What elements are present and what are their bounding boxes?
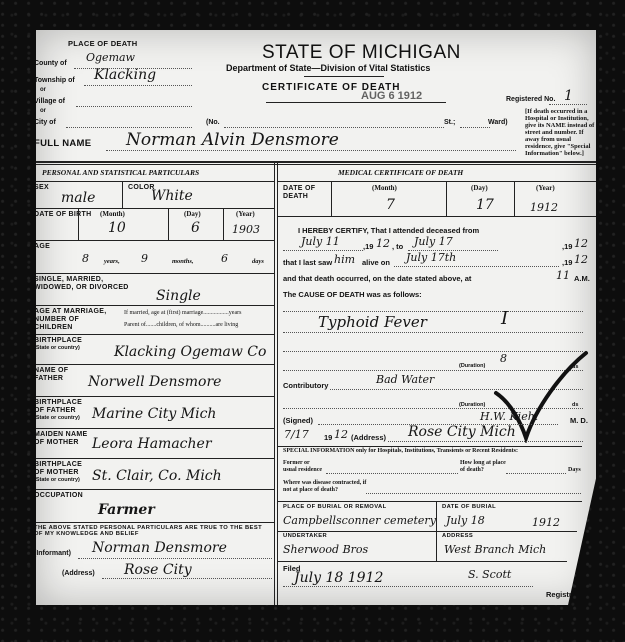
- md-label: M. D.: [570, 416, 588, 425]
- undertaker-label: UNDERTAKER: [283, 533, 327, 539]
- row-line: [277, 561, 567, 562]
- or-1: or: [40, 87, 46, 93]
- marital-value: Single: [156, 288, 201, 304]
- line: [388, 441, 583, 442]
- how-long-days-label: Days: [568, 467, 581, 473]
- physician-address-label: (Address): [351, 433, 386, 442]
- where-contracted-label: Where was disease contracted, if not at …: [283, 480, 373, 494]
- father-birthplace-sub: (State or country): [34, 415, 80, 421]
- row-line: [36, 208, 274, 209]
- last-saw-pronoun: him: [334, 253, 355, 266]
- medical-heading: MEDICAL CERTIFICATE OF DEATH: [338, 168, 463, 177]
- year-prefix-1: ,19: [363, 242, 373, 251]
- county-label: County of: [34, 60, 67, 67]
- title-rule: [304, 76, 384, 77]
- or-2: or: [40, 108, 46, 114]
- mother-birthplace-value: St. Clair, Co. Mich: [92, 468, 222, 484]
- header-divider: [36, 161, 596, 163]
- to-label: , to: [392, 242, 403, 251]
- registrar-label: Registrar: [546, 590, 579, 599]
- age-label: AGE: [34, 243, 50, 251]
- county-value: Ogemaw: [86, 51, 135, 64]
- signed-year: 12: [334, 428, 348, 441]
- row-line: [36, 334, 274, 335]
- father-name-label: NAME OF FATHER: [34, 367, 84, 383]
- row-line: [36, 428, 274, 429]
- row-line: [36, 522, 274, 523]
- signed-date: 7/17: [284, 428, 309, 441]
- cell-line: [168, 208, 169, 240]
- marriage-line-1: If married, age at (first) marriage.....…: [124, 310, 241, 316]
- header-divider-2: [36, 164, 596, 165]
- township-label: Township of: [34, 77, 75, 84]
- burial-date-year: 1912: [532, 516, 560, 529]
- cause-mark: I: [501, 308, 508, 329]
- informant-value: Norman Densmore: [92, 540, 227, 556]
- cause-label: The CAUSE OF DEATH was as follows:: [283, 290, 422, 299]
- age-months: 9: [141, 252, 148, 265]
- former-residence-label: Former or usual residence: [283, 460, 323, 474]
- occupation-value: Farmer: [98, 502, 155, 518]
- document-subtitle: Department of State—Division of Vital St…: [226, 63, 430, 73]
- place-of-death-heading: PLACE OF DEATH: [68, 40, 137, 48]
- dob-label: DATE OF BIRTH: [34, 211, 91, 219]
- cert-rule: [266, 102, 446, 103]
- registered-no-label: Registered No.: [506, 96, 555, 103]
- attended-from-year: 12: [376, 237, 390, 250]
- year-prefix-2: ,19: [562, 242, 572, 251]
- township-value: Klacking: [94, 67, 156, 83]
- birthplace-label: BIRTHPLACE: [34, 337, 82, 345]
- dod-label: DATE OF DEATH: [283, 185, 323, 201]
- months-label: months,: [172, 258, 194, 265]
- attest-text: THE ABOVE STATED PERSONAL PARTICULARS AR…: [34, 525, 269, 537]
- line: [283, 311, 583, 312]
- dod-month-label: (Month): [372, 184, 397, 192]
- cause-value: Typhoid Fever: [318, 313, 427, 331]
- attended-to-year: 12: [574, 237, 588, 250]
- column-divider-2: [277, 161, 278, 606]
- dob-month: 10: [108, 220, 126, 236]
- mother-maiden-value: Leora Hamacher: [92, 436, 212, 452]
- years-label: years,: [104, 258, 120, 265]
- row-line: [36, 181, 274, 182]
- sex-label: SEX: [34, 184, 49, 192]
- informant-line: [78, 558, 272, 559]
- death-time-value: 11: [556, 269, 570, 282]
- informant-address-value: Rose City: [124, 562, 192, 578]
- attended-to: July 17: [414, 235, 453, 248]
- death-time-label: and that death occurred, on the date sta…: [283, 274, 471, 283]
- father-name-value: Norwell Densmore: [88, 374, 221, 390]
- dob-year-label: (Year): [236, 210, 255, 218]
- st-label: St.;: [444, 119, 455, 126]
- duration-label-2: (Duration): [459, 402, 485, 408]
- row-line: [277, 531, 577, 532]
- last-saw-date: July 17th: [406, 251, 456, 264]
- informant-label: (Informant): [34, 550, 71, 557]
- row-line: [36, 489, 274, 490]
- filed-value: July 18 1912: [294, 570, 383, 586]
- dob-day: 6: [191, 220, 200, 236]
- township-line: [84, 85, 192, 86]
- row-line: [36, 305, 274, 306]
- undertaker-value: Sherwood Bros: [283, 543, 368, 556]
- year-prefix-3: ,19: [562, 258, 572, 267]
- line: [366, 493, 581, 494]
- dod-year: 1912: [530, 201, 558, 214]
- city-label: City of: [34, 119, 56, 126]
- registrar-signature: S. Scott: [468, 568, 511, 581]
- village-label: Village of: [34, 98, 65, 105]
- burial-place-value: Campbellsconner cemetery: [283, 514, 436, 527]
- signed-year-prefix: 19: [324, 433, 332, 442]
- burial-date-value: July 18: [446, 514, 485, 527]
- row-line: [277, 501, 582, 502]
- ward-line: [460, 127, 490, 128]
- color-value: White: [151, 188, 193, 204]
- column-divider: [274, 161, 275, 606]
- row-line: [277, 446, 582, 447]
- duration-label-1: (Duration): [459, 363, 485, 369]
- signed-label: (Signed): [283, 416, 313, 425]
- contributory-label: Contributory: [283, 381, 328, 390]
- hospital-note: [If death occurred in a Hospital or Inst…: [525, 108, 595, 157]
- last-saw-year: 12: [574, 253, 588, 266]
- street-line: [224, 127, 444, 128]
- special-info-label: SPECIAL INFORMATION only for Hospitals, …: [283, 448, 518, 454]
- dob-day-label: (Day): [184, 210, 201, 218]
- death-certificate: PLACE OF DEATH County of Ogemaw Township…: [36, 30, 596, 605]
- signed-value: H.W. Kiehl: [480, 410, 538, 423]
- occupation-label: OCCUPATION: [34, 492, 83, 500]
- age-days: 6: [221, 252, 228, 265]
- sex-value: male: [61, 190, 95, 206]
- line: [394, 266, 559, 267]
- row-line: [36, 364, 274, 365]
- marriage-label: AGE AT MARRIAGE, NUMBER OF CHILDREN: [34, 308, 114, 332]
- document-title: STATE OF MICHIGAN: [262, 42, 461, 64]
- line: [283, 250, 363, 251]
- city-line: [66, 127, 192, 128]
- father-birthplace-value: Marine City Mich: [92, 406, 216, 422]
- birthplace-value: Klacking Ogemaw Co: [114, 344, 266, 360]
- alive-on-label: alive on: [362, 258, 390, 267]
- line: [283, 586, 533, 587]
- row-line: [36, 240, 274, 241]
- village-line: [76, 106, 192, 107]
- cell-line: [331, 181, 332, 216]
- dob-year: 1903: [232, 223, 260, 236]
- contributory-value: Bad Water: [376, 373, 434, 386]
- registered-no-value: 1: [564, 88, 573, 104]
- personal-heading: PERSONAL AND STATISTICAL PARTICULARS: [42, 168, 199, 177]
- dod-month: 7: [386, 197, 395, 213]
- informant-address-line: [102, 578, 272, 579]
- dod-day: 17: [476, 197, 494, 213]
- row-line: [36, 396, 274, 397]
- dod-day-label: (Day): [471, 184, 488, 192]
- cell-line: [514, 181, 515, 216]
- dod-year-label: (Year): [536, 184, 555, 192]
- full-name-label: FULL NAME: [34, 140, 91, 148]
- marriage-line-2: Parent of.......children, of whom.......…: [124, 322, 238, 328]
- dob-month-label: (Month): [100, 210, 125, 218]
- mother-birthplace-sub: (State or country): [34, 477, 80, 483]
- ward-label: Ward): [488, 119, 508, 126]
- death-time-suffix: A.M.: [574, 274, 590, 283]
- row-line: [36, 458, 274, 459]
- full-name-line: [106, 150, 516, 151]
- how-long-label: How long at place of death?: [460, 460, 510, 474]
- age-years: 8: [82, 252, 89, 265]
- undertaker-address-value: West Branch Mich: [444, 543, 546, 556]
- registered-line: [549, 104, 587, 105]
- cell-line: [223, 208, 224, 240]
- informant-address-label: (Address): [62, 570, 95, 577]
- attended-from: July 11: [301, 235, 340, 248]
- days-label: days: [252, 258, 264, 265]
- full-name-value: Norman Alvin Densmore: [126, 130, 339, 150]
- line: [326, 473, 458, 474]
- burial-place-label: PLACE OF BURIAL OR REMOVAL: [283, 504, 387, 510]
- mother-maiden-label: MAIDEN NAME OF MOTHER: [34, 431, 94, 447]
- cell-line: [122, 181, 123, 208]
- row-line: [277, 181, 596, 182]
- birthplace-sub: (State or country): [34, 345, 80, 351]
- received-stamp: AUG 6 1912: [361, 90, 422, 102]
- certify-text: I HEREBY CERTIFY, That I attended deceas…: [298, 226, 479, 235]
- cell-line: [78, 208, 79, 240]
- marital-label: SINGLE, MARRIED, WIDOWED, OR DIVORCED: [34, 276, 144, 292]
- line: [283, 332, 583, 333]
- physician-address-value: Rose City Mich: [408, 424, 516, 440]
- mother-birthplace-label: BIRTHPLACE OF MOTHER: [34, 461, 94, 477]
- burial-date-label: DATE OF BURIAL: [442, 504, 496, 510]
- line: [506, 473, 566, 474]
- father-birthplace-label: BIRTHPLACE OF FATHER: [34, 399, 94, 415]
- street-no-label: (No.: [206, 119, 220, 126]
- row-line: [36, 273, 274, 274]
- row-line: [277, 216, 596, 217]
- cell-line: [446, 181, 447, 216]
- last-saw-label: that I last saw: [283, 258, 332, 267]
- undertaker-address-label: ADDRESS: [442, 533, 473, 539]
